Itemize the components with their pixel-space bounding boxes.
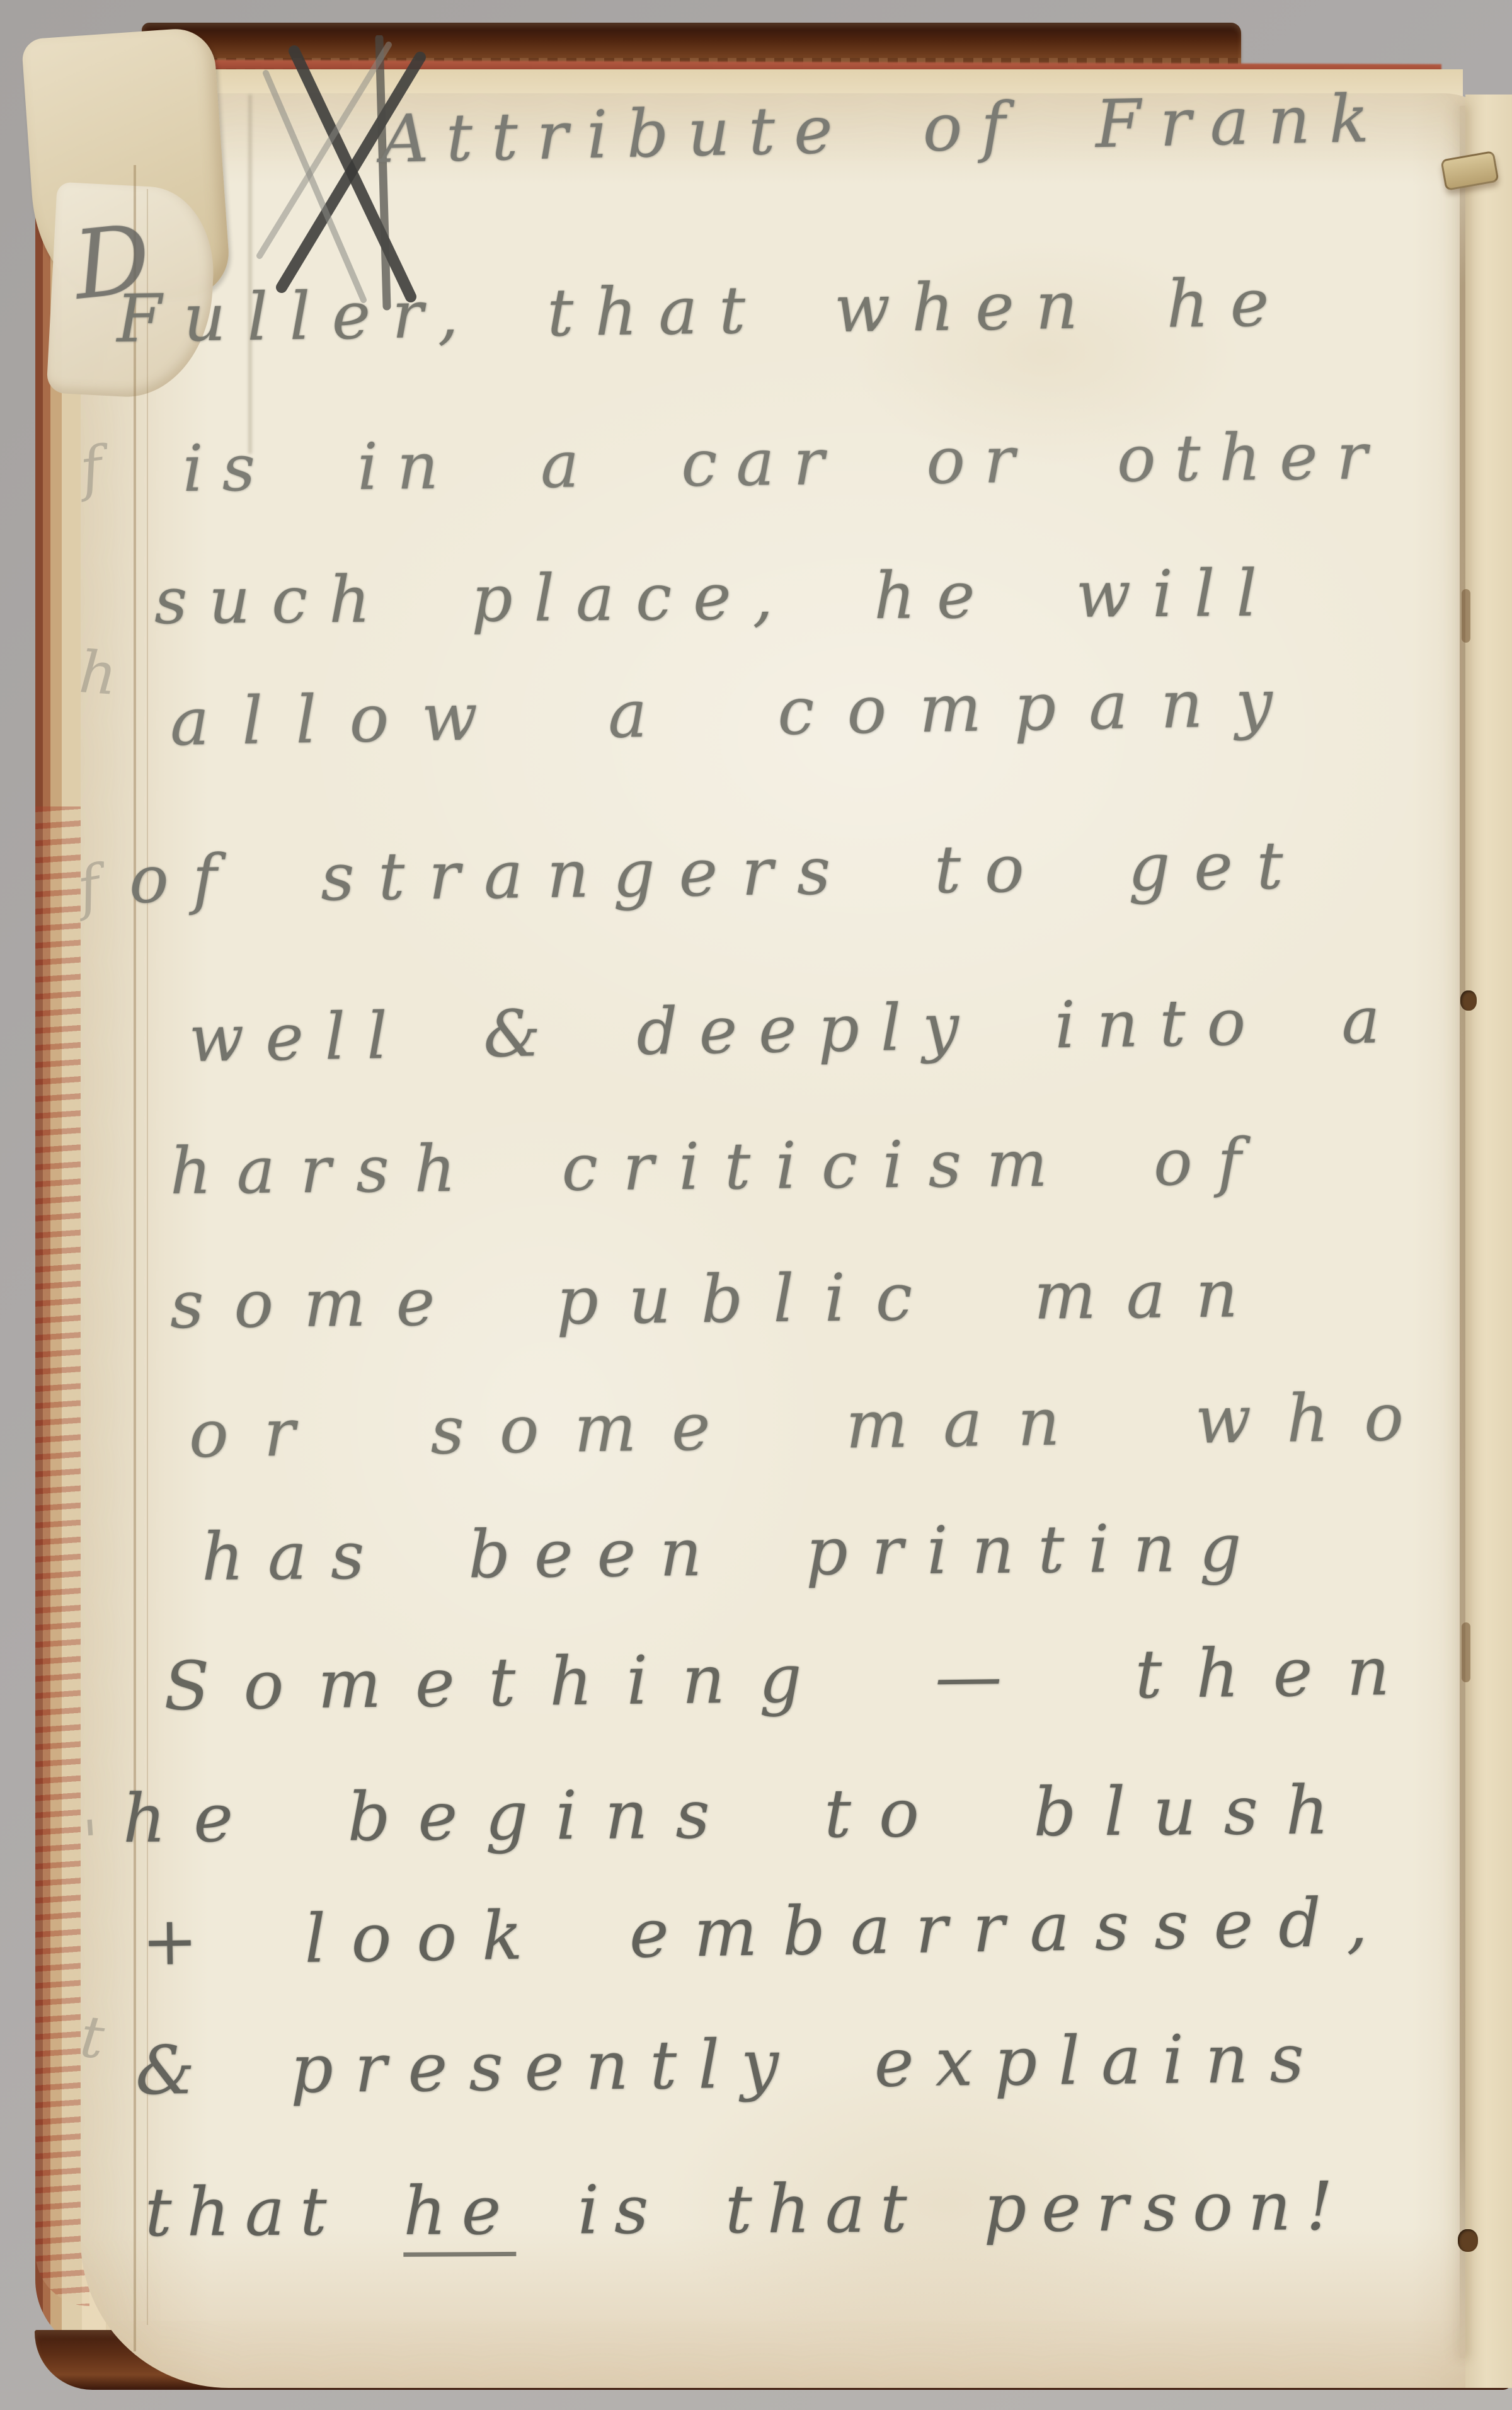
binding-stitch-mark: [1462, 1622, 1470, 1682]
binding-stitch-mark: [1462, 589, 1470, 643]
manuscript-line-8: harsh criticism of: [169, 1125, 1266, 1209]
manuscript-line-15: & presently explains: [135, 2019, 1326, 2109]
manuscript-line-9: some public man: [169, 1255, 1268, 1343]
gutter-fold-area: [1465, 95, 1512, 2388]
manuscript-line-6: of strangers to get: [129, 827, 1307, 918]
gutter-crease-line: [1460, 106, 1465, 2358]
last-line-underlined-he: he: [403, 2172, 517, 2257]
manuscript-line-12: Something — then: [163, 1632, 1424, 1725]
manuscript-line-11: has been printing: [201, 1509, 1265, 1595]
manuscript-line-2: Fuller, that when he: [116, 264, 1291, 357]
manuscript-line-13: he begins to blush: [123, 1771, 1357, 1857]
manuscript-line-16: that he is that person!: [145, 2167, 1348, 2251]
binding-stitch-hole: [1458, 2229, 1478, 2252]
last-line-post: is that person!: [516, 2167, 1348, 2249]
binding-stitch-hole: [1460, 990, 1477, 1011]
under-page-edge-line: [134, 165, 136, 2351]
manuscript-line-4: such place, he will: [154, 556, 1279, 639]
notebook-photo: D f h f ' t Attribute of Frank Fuller, t…: [0, 0, 1512, 2410]
manuscript-line-3: is in a car or other: [182, 419, 1386, 507]
under-page-edge-line-faint: [147, 189, 148, 2325]
margin-stroke: h: [77, 638, 119, 708]
last-line-pre: that: [145, 2172, 404, 2251]
